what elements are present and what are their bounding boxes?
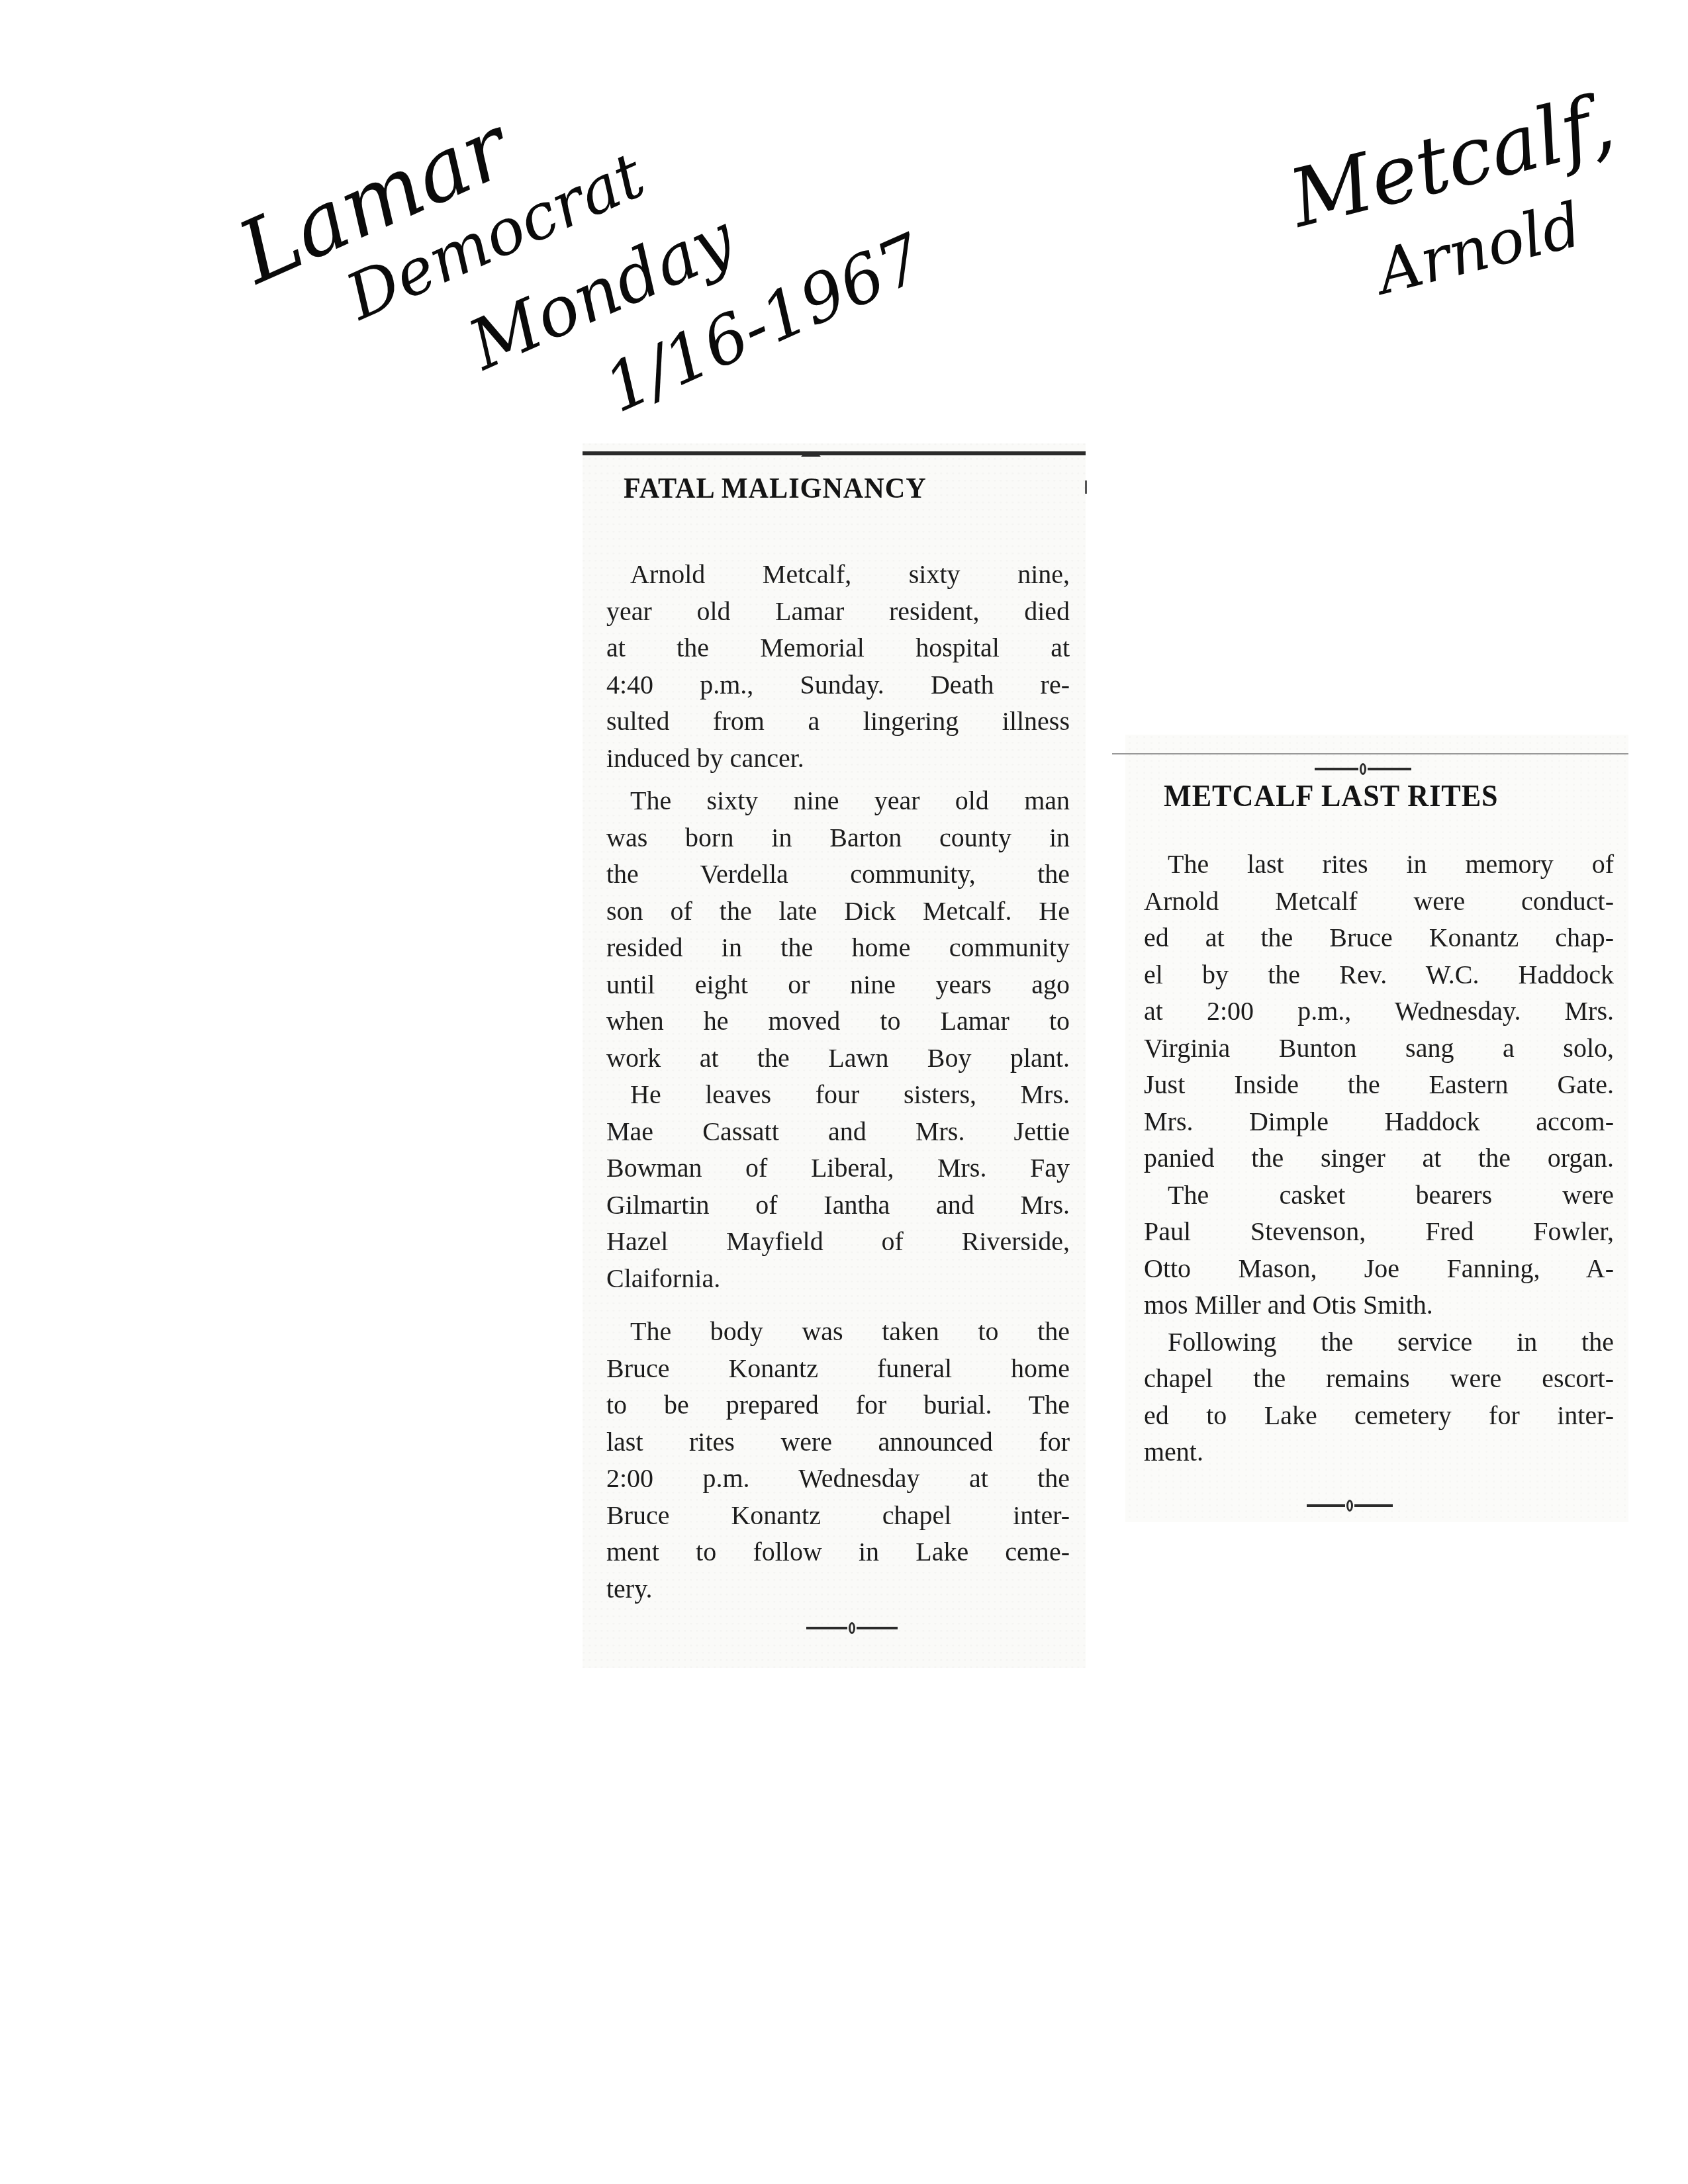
text-line: Hazel Mayfield of Riverside, xyxy=(606,1223,1070,1260)
text-line: Just Inside the Eastern Gate. xyxy=(1144,1066,1614,1103)
text-line: 4:40 p.m., Sunday. Death re- xyxy=(606,666,1070,704)
text-line: The body was taken to the xyxy=(606,1313,1070,1350)
article-headline: METCALF LAST RITES xyxy=(1164,778,1499,813)
text-line: ed at the Bruce Konantz chap- xyxy=(1144,919,1614,956)
text-line: The last rites in memory of xyxy=(1144,846,1614,883)
text-line: tery. xyxy=(606,1570,1070,1608)
text-line: when he moved to Lamar to xyxy=(606,1003,1070,1040)
article-paragraph: The last rites in memory of Arnold Metca… xyxy=(1144,846,1614,1471)
text-line: Gilmartin of Iantha and Mrs. xyxy=(606,1187,1070,1224)
text-line: son of the late Dick Metcalf. He xyxy=(606,893,1070,930)
newspaper-clipping-obituary: FATAL MALIGNANCY Arnold Metcalf, sixty n… xyxy=(583,443,1086,1668)
text-line: chapel the remains were escort- xyxy=(1144,1360,1614,1397)
text-line: Following the service in the xyxy=(1144,1324,1614,1361)
handwritten-name-note: Metcalf, Arnold xyxy=(1278,63,1644,330)
text-line: induced by cancer. xyxy=(606,740,1070,777)
text-line: mos Miller and Otis Smith. xyxy=(1144,1287,1614,1324)
text-line: sulted from a lingering illness xyxy=(606,703,1070,740)
column-rule xyxy=(1112,753,1628,754)
text-line: Bruce Konantz chapel inter- xyxy=(606,1497,1070,1534)
text-line: He leaves four sisters, Mrs. xyxy=(606,1076,1070,1113)
divider-ring-icon xyxy=(1360,763,1366,775)
text-line: last rites were announced for xyxy=(606,1424,1070,1461)
text-line: panied the singer at the organ. xyxy=(1144,1140,1614,1177)
text-line: work at the Lawn Boy plant. xyxy=(606,1040,1070,1077)
text-line: Arnold Metcalf, sixty nine, xyxy=(606,556,1070,593)
text-line: Paul Stevenson, Fred Fowler, xyxy=(1144,1213,1614,1250)
article-paragraph: The body was taken to the Bruce Konantz … xyxy=(606,1313,1070,1607)
text-line: until eight or nine years ago xyxy=(606,966,1070,1003)
text-line: the Verdella community, the xyxy=(606,856,1070,893)
text-line: Bruce Konantz funeral home xyxy=(606,1350,1070,1387)
text-line: was born in Barton county in xyxy=(606,819,1070,856)
text-line: 2:00 p.m. Wednesday at the xyxy=(606,1460,1070,1497)
text-line: Claifornia. xyxy=(606,1260,1070,1297)
article-paragraph: The sixty nine year old man was born in … xyxy=(606,782,1070,1297)
divider-line xyxy=(857,1627,898,1629)
text-line: ment to follow in Lake ceme- xyxy=(606,1533,1070,1570)
text-line: resided in the home community xyxy=(606,929,1070,966)
divider-line xyxy=(1315,768,1358,770)
text-line: el by the Rev. W.C. Haddock xyxy=(1144,956,1614,993)
text-line: ed to Lake cemetery for inter- xyxy=(1144,1397,1614,1434)
divider-line xyxy=(1354,1504,1393,1507)
text-line: Mrs. Dimple Haddock accom- xyxy=(1144,1103,1614,1140)
column-edge-mark xyxy=(1085,480,1087,494)
text-line: Otto Mason, Joe Fanning, A- xyxy=(1144,1250,1614,1287)
text-line: Mae Cassatt and Mrs. Jettie xyxy=(606,1113,1070,1150)
text-line: The sixty nine year old man xyxy=(606,782,1070,819)
text-line: to be prepared for burial. The xyxy=(606,1387,1070,1424)
text-line: at the Memorial hospital at xyxy=(606,629,1070,666)
divider-line xyxy=(1368,768,1411,770)
article-end-divider xyxy=(806,1621,898,1635)
article-paragraph: Arnold Metcalf, sixty nine, year old Lam… xyxy=(606,556,1070,776)
divider-line xyxy=(806,1627,847,1629)
text-line: The casket bearers were xyxy=(1144,1177,1614,1214)
text-line: year old Lamar resident, died xyxy=(606,593,1070,630)
article-end-divider xyxy=(1307,1499,1393,1512)
text-line: ment. xyxy=(1144,1433,1614,1471)
column-rule xyxy=(583,451,1086,455)
divider-ring-icon xyxy=(849,1622,855,1634)
text-line: Bowman of Liberal, Mrs. Fay xyxy=(606,1150,1070,1187)
text-line: Arnold Metcalf were conduct- xyxy=(1144,883,1614,920)
article-start-divider xyxy=(1315,762,1411,776)
divider-line xyxy=(1307,1504,1345,1507)
text-line: Virginia Bunton sang a solo, xyxy=(1144,1030,1614,1067)
text-line: at 2:00 p.m., Wednesday. Mrs. xyxy=(1144,993,1614,1030)
newspaper-clipping-last-rites: METCALF LAST RITES The last rites in mem… xyxy=(1125,735,1628,1522)
article-headline: FATAL MALIGNANCY xyxy=(624,471,927,505)
divider-ring-icon xyxy=(1346,1500,1353,1512)
